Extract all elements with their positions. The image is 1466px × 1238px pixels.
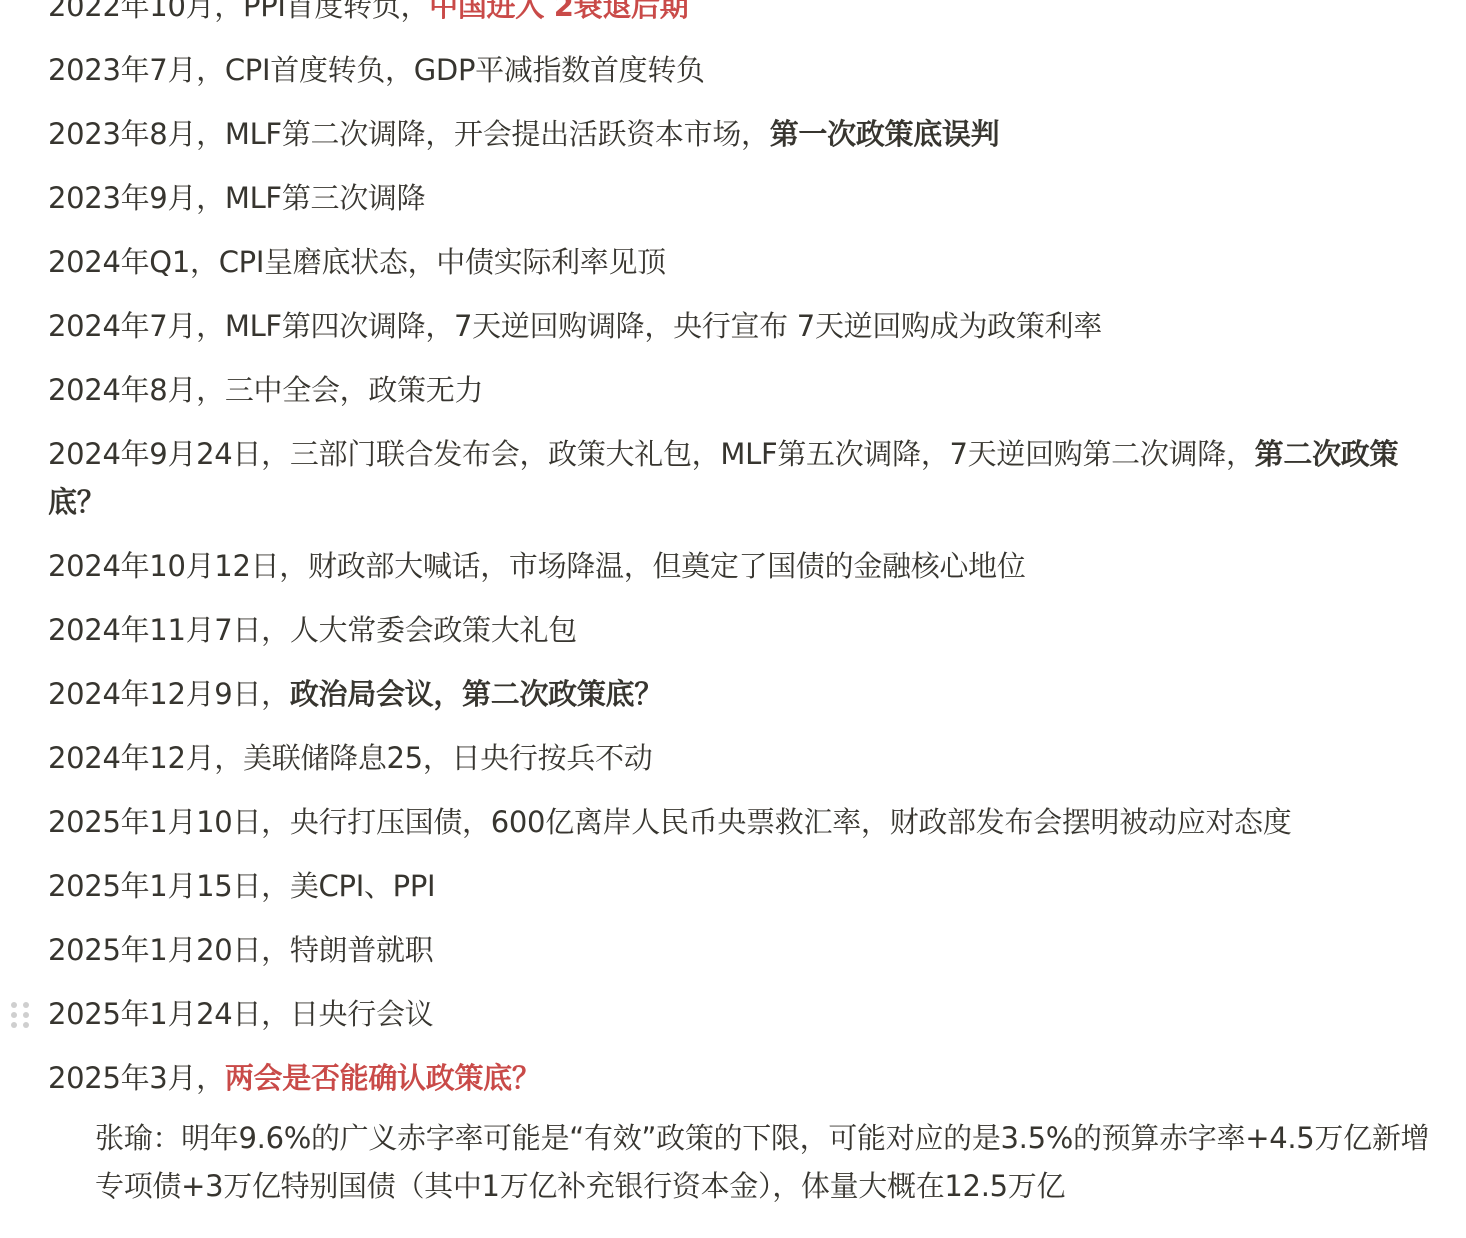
timeline-text: 美联储降息25，日央行按兵不动 bbox=[243, 741, 652, 775]
timeline-text: CPI首度转负，GDP平减指数首度转负 bbox=[225, 53, 705, 87]
timeline-text: PPI首度转负， bbox=[243, 0, 429, 23]
timeline-text: MLF第三次调降 bbox=[225, 181, 425, 215]
timeline-date: 2025年1月10日， bbox=[48, 805, 290, 839]
timeline-text: 财政部大喊话，市场降温，但奠定了国债的金融核心地位 bbox=[308, 549, 1026, 583]
timeline-item-2025-03[interactable]: 2025年3月，两会是否能确认政策底？ bbox=[0, 1054, 1466, 1102]
timeline-text: 日央行会议 bbox=[290, 997, 434, 1031]
timeline-item-2024-12[interactable]: 2024年12月，美联储降息25，日央行按兵不动 bbox=[0, 734, 1466, 782]
timeline-text: 人大常委会政策大礼包 bbox=[290, 613, 577, 647]
timeline-date: 2025年1月24日， bbox=[48, 997, 290, 1031]
timeline-date: 2025年1月20日， bbox=[48, 933, 290, 967]
timeline-highlight: 中国进入 2衰退后期 bbox=[429, 0, 688, 23]
timeline-item-2024-11-07[interactable]: 2024年11月7日，人大常委会政策大礼包 bbox=[0, 606, 1466, 654]
timeline-date: 2023年9月， bbox=[48, 181, 225, 215]
nested-note[interactable]: 张瑜：明年9.6%的广义赤字率可能是“有效”政策的下限，可能对应的是3.5%的预… bbox=[0, 1114, 1466, 1210]
timeline-date: 2024年9月24日， bbox=[48, 437, 290, 471]
timeline-highlight: 第一次政策底误判 bbox=[770, 117, 1000, 151]
timeline-date: 2024年7月， bbox=[48, 309, 225, 343]
timeline-item-2024-08[interactable]: 2024年8月，三中全会，政策无力 bbox=[0, 366, 1466, 414]
drag-handle-icon[interactable] bbox=[11, 1002, 29, 1028]
timeline-date: 2022年10月， bbox=[48, 0, 243, 23]
timeline-date: 2025年1月15日， bbox=[48, 869, 290, 903]
timeline-item-2025-01-15[interactable]: 2025年1月15日，美CPI、PPI bbox=[0, 862, 1466, 910]
timeline-item-2022-10[interactable]: 2022年10月，PPI首度转负，中国进入 2衰退后期 bbox=[0, 0, 1466, 30]
timeline-date: 2024年8月， bbox=[48, 373, 225, 407]
document-page: 2022年10月，PPI首度转负，中国进入 2衰退后期 2023年7月，CPI首… bbox=[0, 0, 1466, 1226]
timeline-item-2024-07[interactable]: 2024年7月，MLF第四次调降，7天逆回购调降，央行宣布 7天逆回购成为政策利… bbox=[0, 302, 1466, 350]
timeline-date: 2024年12月9日， bbox=[48, 677, 290, 711]
timeline-date: 2023年7月， bbox=[48, 53, 225, 87]
timeline-date: 2024年10月12日， bbox=[48, 549, 308, 583]
timeline-date: 2025年3月， bbox=[48, 1061, 225, 1095]
timeline-text: MLF第四次调降，7天逆回购调降，央行宣布 7天逆回购成为政策利率 bbox=[225, 309, 1102, 343]
timeline-item-2024-10-12[interactable]: 2024年10月12日，财政部大喊话，市场降温，但奠定了国债的金融核心地位 bbox=[0, 542, 1466, 590]
note-text: 张瑜：明年9.6%的广义赤字率可能是“有效”政策的下限，可能对应的是3.5%的预… bbox=[95, 1121, 1429, 1203]
timeline-date: 2024年12月， bbox=[48, 741, 243, 775]
timeline-date: 2024年11月7日， bbox=[48, 613, 290, 647]
timeline-date: 2024年Q1， bbox=[48, 245, 219, 279]
timeline-item-2024-12-09[interactable]: 2024年12月9日，政治局会议，第二次政策底？ bbox=[0, 670, 1466, 718]
timeline-text: CPI呈磨底状态，中债实际利率见顶 bbox=[219, 245, 666, 279]
timeline-item-2023-09[interactable]: 2023年9月，MLF第三次调降 bbox=[0, 174, 1466, 222]
timeline-text: 央行打压国债，600亿离岸人民币央票救汇率，财政部发布会摆明被动应对态度 bbox=[290, 805, 1292, 839]
timeline-item-2023-07[interactable]: 2023年7月，CPI首度转负，GDP平减指数首度转负 bbox=[0, 46, 1466, 94]
timeline-item-2024-09-24[interactable]: 2024年9月24日，三部门联合发布会，政策大礼包，MLF第五次调降，7天逆回购… bbox=[0, 430, 1466, 526]
timeline-text: 特朗普就职 bbox=[290, 933, 434, 967]
timeline-highlight: 两会是否能确认政策底？ bbox=[225, 1061, 541, 1095]
timeline-item-2025-01-10[interactable]: 2025年1月10日，央行打压国债，600亿离岸人民币央票救汇率，财政部发布会摆… bbox=[0, 798, 1466, 846]
timeline-item-2023-08[interactable]: 2023年8月，MLF第二次调降，开会提出活跃资本市场，第一次政策底误判 bbox=[0, 110, 1466, 158]
timeline-item-2025-01-20[interactable]: 2025年1月20日，特朗普就职 bbox=[0, 926, 1466, 974]
timeline-date: 2023年8月， bbox=[48, 117, 225, 151]
timeline-text: 三中全会，政策无力 bbox=[225, 373, 483, 407]
timeline-text: 美CPI、PPI bbox=[290, 869, 435, 903]
timeline-item-2024-q1[interactable]: 2024年Q1，CPI呈磨底状态，中债实际利率见顶 bbox=[0, 238, 1466, 286]
timeline-text: 三部门联合发布会，政策大礼包，MLF第五次调降，7天逆回购第二次调降， bbox=[290, 437, 1255, 471]
timeline-item-2025-01-24[interactable]: 2025年1月24日，日央行会议 bbox=[0, 990, 1466, 1038]
timeline-highlight: 政治局会议，第二次政策底？ bbox=[290, 677, 663, 711]
timeline-text: MLF第二次调降，开会提出活跃资本市场， bbox=[225, 117, 770, 151]
